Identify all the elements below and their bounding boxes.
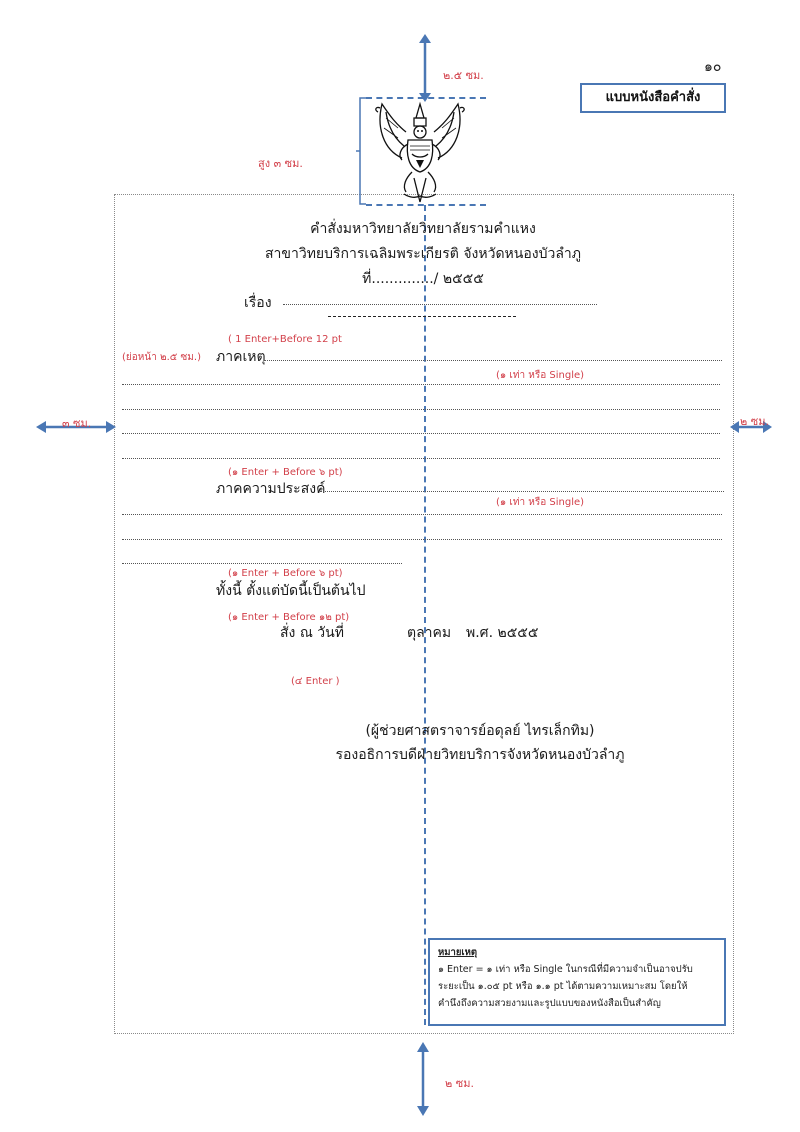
emblem-height-label: สูง ๓ ซม. — [258, 154, 303, 172]
reason-spacing-note: ( 1 Enter+Before 12 pt — [228, 334, 342, 345]
remark-line-3: คำนึงถึงความสวยงามและรูปแบบของหนังสือเป็… — [438, 995, 716, 1012]
remark-line-2: ระยะเป็น ๑.๐๕ pt หรือ ๑.๑ pt ได้ตามความเ… — [438, 978, 716, 995]
purpose-line-3 — [122, 539, 722, 540]
top-margin-arrow-icon — [418, 34, 432, 104]
page-number: ๑๐ — [704, 56, 721, 78]
reason-line-1 — [264, 360, 722, 361]
single-spacing-note-1: (๑ เท่า หรือ Single) — [496, 368, 584, 383]
reason-line-4 — [122, 433, 720, 434]
purpose-label: ภาคความประสงค์ — [216, 478, 325, 500]
emblem-height-bracket-icon — [356, 97, 370, 205]
reason-label: ภาคเหตุ — [216, 346, 266, 368]
order-heading-line2: สาขาวิทยบริการเฉลิมพระเกียรติ จังหวัดหนอ… — [0, 243, 800, 265]
right-margin-label: ๒ ซม. — [740, 412, 769, 430]
single-spacing-note-2: (๑ เท่า หรือ Single) — [496, 495, 584, 510]
purpose-line-1 — [320, 491, 724, 492]
ordered-on-label: สั่ง ณ วันที่ — [280, 622, 344, 644]
closing-text: ทั้งนี้ ตั้งแต่บัดนี้เป็นต้นไป — [216, 580, 366, 602]
signer-name: (ผู้ช่วยศาสตราจารย์อดุลย์ ไทรเล็กทิม) — [0, 720, 800, 742]
date-year: พ.ศ. ๒๕๕๕ — [466, 622, 538, 644]
purpose-line-4 — [122, 563, 402, 564]
garuda-emblem-icon — [372, 98, 468, 204]
order-number-line: ที่............../ ๒๕๕๕ — [0, 268, 800, 290]
order-heading-line1: คำสั่งมหาวิทยาลัยวิทยาลัยรามคำแหง — [0, 218, 800, 240]
signature-spacing-note: (๔ Enter ) — [291, 674, 340, 689]
subject-fill-line — [283, 304, 597, 305]
left-margin-label: ๓ ซม. — [62, 414, 91, 432]
subject-label: เรื่อง — [244, 292, 272, 314]
signer-position: รองอธิการบดีฝ่ายวิทยบริการจังหวัดหนองบัว… — [0, 744, 800, 766]
bottom-margin-arrow-icon — [416, 1042, 430, 1116]
bottom-margin-label: ๒ ซม. — [445, 1074, 474, 1092]
top-margin-label: ๒.๕ ซม. — [443, 66, 484, 84]
remark-box: หมายเหตุ ๑ Enter = ๑ เท่า หรือ Single ใน… — [428, 938, 726, 1026]
form-title-box: แบบหนังสือคำสั่ง — [580, 83, 726, 113]
closing-spacing-note: (๑ Enter + Before ๖ pt) — [228, 566, 343, 581]
remark-title: หมายเหตุ — [438, 944, 716, 961]
separator-line — [328, 316, 516, 317]
date-month: ตุลาคม — [407, 622, 451, 644]
purpose-line-2 — [122, 514, 722, 515]
center-guide-line — [424, 205, 426, 1025]
emblem-bottom-guide — [366, 204, 486, 206]
reason-line-5 — [122, 458, 720, 459]
reason-line-2 — [122, 384, 720, 385]
reason-line-3 — [122, 409, 720, 410]
indent-note: (ย่อหน้า ๒.๕ ซม.) — [122, 350, 201, 365]
remark-line-1: ๑ Enter = ๑ เท่า หรือ Single ในกรณีที่มี… — [438, 961, 716, 978]
